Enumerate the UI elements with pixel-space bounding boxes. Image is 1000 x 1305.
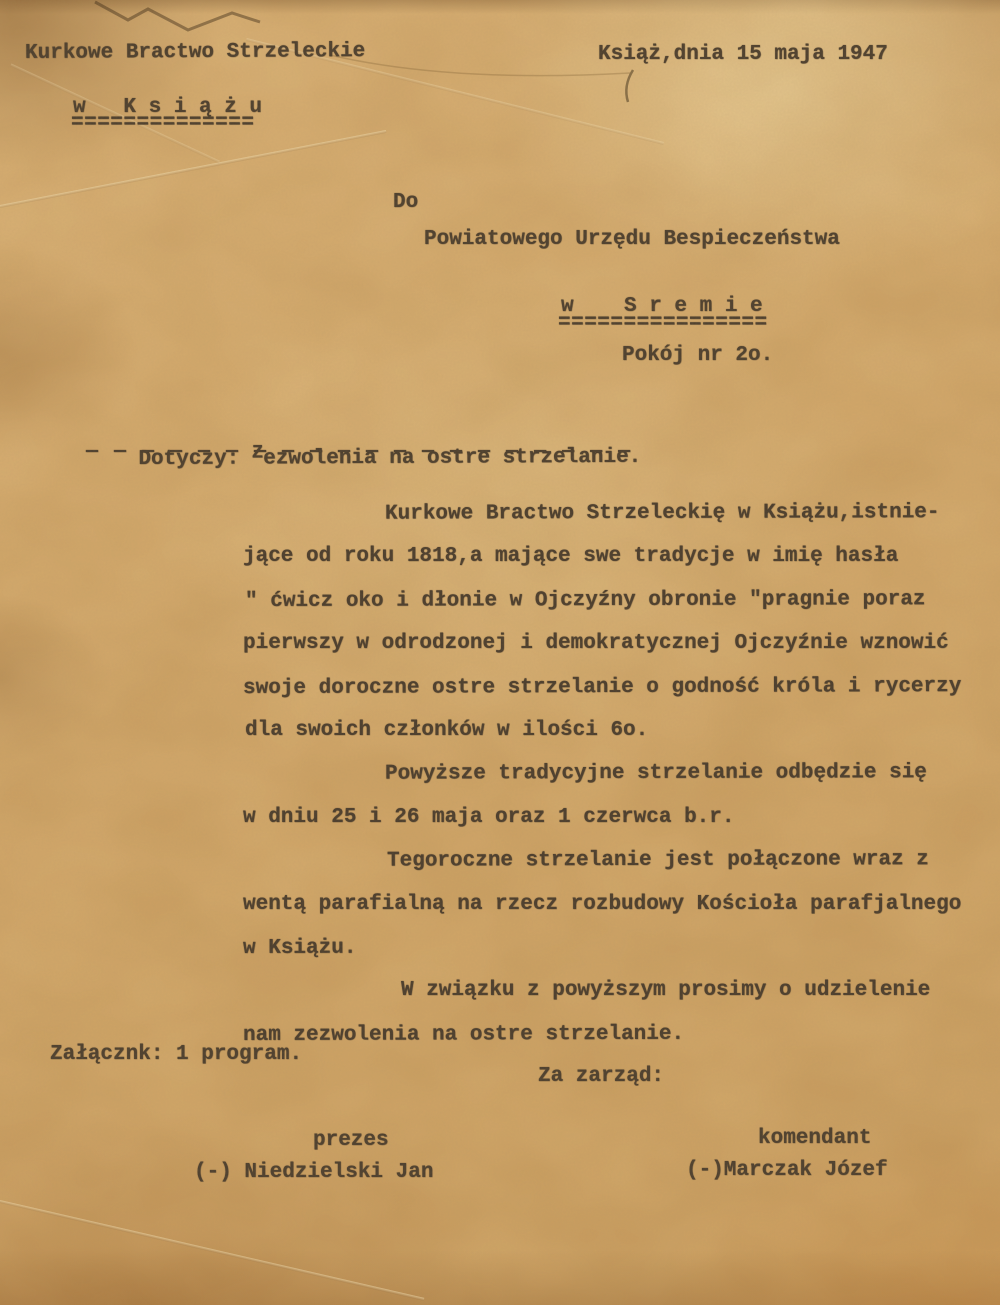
body-line: Powyższe tradycyjne strzelanie odbędzie … [243,751,983,796]
recipient-salutation: Do [393,190,418,215]
sender-name: Kurkowe Bractwo Strzeleckie [25,39,365,66]
signoff: Za zarząd: [538,1064,664,1089]
signature-title-prezes: prezes [313,1128,389,1153]
attachment-note: Załącznk: 1 program. [50,1042,302,1067]
crease-line [0,130,386,213]
signature-name-niedzielski: (-) Niedzielski Jan [194,1160,433,1185]
body-line: jące od roku 1818,a mające swe tradycje … [243,535,983,578]
body-line: dla swoich członków w ilości 6o. [245,709,983,752]
body-line: W związku z powyższym prosimy o udzielen… [245,969,983,1012]
pen-scratch-mark [626,70,633,102]
body-line: " ćwicz oko i dłonie w Ojczyźny obronie … [245,578,983,623]
crease-line [0,1192,424,1301]
document-page: Kurkowe Bractwo Strzeleckie w K s i ą ż … [0,0,1000,1305]
letter-body: Kurkowe Bractwo Strzeleckię w Książu,ist… [243,492,983,1056]
body-line: w dniu 25 i 26 maja oraz 1 czerwca b.r. [243,796,983,839]
recipient-room: Pokój nr 2o. [622,343,773,368]
date-line: Książ,dnia 15 maja 1947 [598,42,888,67]
recipient-underline: ================ [558,311,768,336]
body-line: Tegoroczne strzelanie jest połączone wra… [245,838,983,883]
subject-dashed-underline: — — — — — — — — — — — — — — — — — — — — [86,440,632,464]
body-line: Kurkowe Bractwo Strzeleckię w Książu,ist… [243,491,983,536]
signature-name-marczak: (-)Marczak Józef [686,1158,888,1183]
sender-underline: ============== [71,111,254,136]
crease-mark [330,55,630,76]
body-line: w Książu. [243,925,983,970]
signature-title-komendant: komendant [758,1126,871,1151]
body-line: nam zezwolenia na ostre strzelanie. [243,1012,983,1057]
body-line: wentą parafialną na rzecz rozbudowy Kośc… [243,883,983,926]
recipient-office: Powiatowego Urzędu Bespieczeństwa [424,227,840,252]
body-line: swoje doroczne ostre strzelanie o godnoś… [243,665,983,710]
torn-edge-mark [95,2,260,30]
body-line: pierwszy w odrodzonej i demokratycznej O… [243,622,983,665]
